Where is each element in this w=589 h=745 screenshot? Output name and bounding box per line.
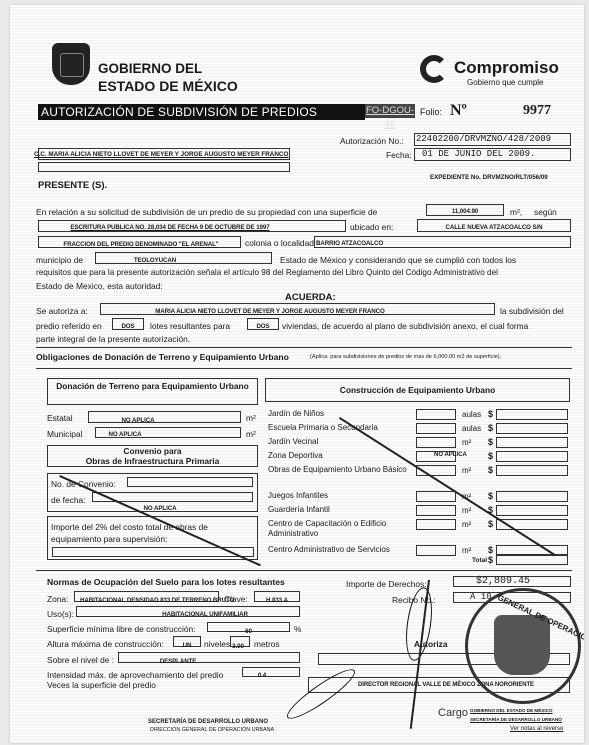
construccion-unit: m² [462,546,471,555]
construccion-unit: m² [462,506,471,515]
convenio-title-2: Obras de Infraestructura Primaria [50,456,255,466]
presente-label: PRESENTE (S). [38,180,107,191]
brand-name: Compromiso [454,58,559,78]
construccion-unit: m² [462,520,471,529]
addressee-field-2 [38,162,290,172]
currency-symbol: $ [488,519,493,529]
percent-label: % [294,624,301,634]
form-code: FO-DGOU-48 [365,104,415,118]
construccion-quantity-field [416,409,456,420]
se-autoriza-label: Se autoriza a: [36,306,88,316]
superficie-libre-label: Superficie mínima libre de construcción: [47,624,196,634]
colonia-value: BARRIO ATZACOALCO [316,240,383,247]
document-title: AUTORIZACIÓN DE SUBDIVISIÓN DE PREDIOS [38,104,365,120]
body-text-3: requisitos que para la presente autoriza… [36,268,498,277]
lotes-value: DOS [112,323,144,330]
construccion-quantity-field [416,505,456,516]
total-field [496,554,568,565]
currency-symbol: $ [488,451,493,461]
viviendas-value: DOS [247,323,279,330]
escritura-value: ESCRITURA PUBLICA No. 28,034 DE FECHA 9 … [40,224,300,231]
construccion-quantity-field [416,423,456,434]
autorizacion-value: 22402200/DRVMZNO/428/2009 [416,134,551,144]
lotes-label: lotes resultantes para [150,321,230,331]
construccion-amount-field [496,465,568,476]
intensidad-value: 0.4 [242,672,282,679]
de-fecha-label: de fecha: [51,495,85,505]
currency-symbol: $ [488,409,493,419]
no-convenio-field [127,477,253,487]
metros-value: 3.00 [226,643,250,650]
obligaciones-note: (Aplica: para subdivisiones de predios d… [310,354,501,360]
body-text-4: Estado de Mexico, esta autoridad: [36,281,163,291]
divider [36,347,572,348]
usos-value: HABITACIONAL UNIFAMILIAR [130,611,280,618]
subdivision-text: la subdivisión del [500,306,564,316]
construccion-amount-field [496,437,568,448]
currency-symbol: $ [488,545,493,555]
construccion-row-label: Juegos Infantiles [268,491,408,501]
estatal-label: Estatal [47,413,73,423]
ver-notas-link[interactable]: Ver notas al reverso [510,726,563,732]
altura-label: Altura máxima de construcción: [47,639,164,649]
fecha-value: 01 DE JUNIO DEL 2009. [422,149,535,159]
normas-title: Normas de Ocupación del Suelo para los l… [47,577,285,587]
construccion-row-label: Zona Deportiva [268,451,408,461]
folio-label: Folio: [420,107,442,117]
footer-secretaria: SECRETARÍA DE DESARROLLO URBANO [148,719,268,725]
construccion-row-label: Jardín Vecinal [268,437,408,447]
folio-symbol: Nº [450,102,467,120]
municipio-value: TEOLOYUCAN [95,257,215,264]
intensidad-label-2: Veces la superficie del predio [47,680,156,690]
municipal-label: Municipal [47,429,82,439]
divider [36,570,572,571]
construccion-amount-field [496,423,568,434]
currency-symbol: $ [488,437,493,447]
construccion-quantity-field [416,437,456,448]
viviendas-text: viviendas, de acuerdo al plano de subdiv… [282,321,528,331]
currency-symbol: $ [488,423,493,433]
construccion-unit: m² [462,438,471,447]
fraccion-value: FRACCION DEL PREDIO DENOMINADO "EL ARENA… [46,241,236,248]
estatal-unit: m² [246,413,256,423]
predio-label: predio referido en [36,321,102,331]
municipio-label: municipio de [36,255,83,265]
segun-label: según [534,207,557,217]
superficie-value: 11,004.90 [426,208,504,215]
municipal-value: NO APLICA [95,431,155,438]
folio-number: 9977 [523,103,551,119]
construccion-quantity-field [416,491,456,502]
brand-tagline: Gobierno que cumple [467,78,544,87]
construccion-amount-field [496,451,568,462]
ubicado-label: ubicado en: [350,222,393,232]
construccion-unit: aulas [462,410,481,419]
construccion-unit: m² [462,466,471,475]
sobre-value: DESPLANTE [118,658,238,665]
government-line-2: ESTADO DE MÉXICO [98,78,238,94]
construccion-unit: NO APLICA [434,452,467,458]
niveles-value: UN [173,642,201,649]
parte-text: parte integral de la presente autorizaci… [36,334,190,344]
construccion-quantity-field [416,545,456,556]
importe-2-label-2: equipamiento para supervisión: [51,534,167,544]
autorizacion-label: Autorización No.: [340,136,404,146]
government-line-1: GOBIERNO DEL [98,61,202,76]
ubicado-value: CALLE NUEVA ATZACOALCO S/N [419,224,569,231]
importe-derechos-value: $2,809.45 [476,576,530,587]
superficie-libre-value: 60 [207,628,290,635]
zona-label: Zona: [47,594,68,604]
construccion-amount-field [496,409,568,420]
currency-symbol: $ [488,465,493,475]
m2-label: m², [510,207,522,217]
fecha-label: Fecha: [386,150,412,160]
construccion-row-label: Escuela Primaria o Secundaria [268,423,408,433]
body-text-1: En relación a su solicitud de subdivisió… [36,207,377,217]
clave-label: Clave: [224,594,248,604]
cargo-label: Cargo [438,707,468,719]
construccion-unit: aulas [462,424,481,433]
currency-symbol: $ [488,491,493,501]
metros-label: metros [254,639,280,649]
estatal-value: NO APLICA [88,417,188,424]
divider [36,368,572,369]
colonia-label: colonia o localidad [245,238,314,248]
construccion-row-label: Centro de Capacitación o Edificio Admini… [268,519,408,539]
construccion-row-label: Jardín de Niños [268,409,408,419]
convenio-title-1: Convenio para [50,446,255,456]
construccion-amount-field [496,491,568,502]
importe-derechos-label: Importe de Derechos: [346,579,427,589]
construccion-row-label: Guardería Infantil [268,505,408,515]
construccion-row-label: Obras de Equipamiento Urbano Básico [268,465,408,475]
cargo-line-2: SECRETARÍA DE DESARROLLO URBANO [470,717,562,722]
construccion-row-label: Centro Administrativo de Servicios [268,545,408,555]
construccion-quantity-field [416,519,456,530]
expediente: EXPEDIENTE No. DRVMZNO/RLT/056/09 [430,174,548,181]
zona-value: HABITACIONAL DENSIDAD 833 DE TERRENO BRU… [80,597,234,604]
intensidad-label-1: Intensidad máx. de aprovechamiento del p… [47,670,223,680]
sobre-label: Sobre el nivel de : [47,655,114,665]
usos-label: Uso(s): [47,609,74,619]
construccion-title: Construcción de Equipamiento Urbano [265,385,570,395]
total-currency: $ [488,555,493,565]
compromiso-logo-icon [420,55,448,83]
se-autoriza-value: MARIA ALICIA NIETO LLOVET DE MEYER Y JOR… [110,308,430,315]
obligaciones-title: Obligaciones de Donación de Terreno y Eq… [36,352,289,362]
total-label: Total [472,557,487,564]
state-coat-of-arms-icon [52,43,90,85]
addressee-name: C.C. MARIA ALICIA NIETO LLOVET DE MEYER … [34,151,288,158]
construccion-amount-field [496,505,568,516]
footer-direccion: DIRECCIÓN GENERAL DE OPERACIÓN URBANA [150,727,274,733]
cargo-line-1: GOBIERNO DEL ESTADO DE MÉXICO [470,708,553,713]
municipal-unit: m² [246,429,256,439]
clave-value: H.833.A [254,597,300,604]
donacion-title: Donación de Terreno para Equipamiento Ur… [50,381,255,392]
document-page: GOBIERNO DEL ESTADO DE MÉXICO Compromiso… [10,5,584,743]
body-text-2: Estado de México y considerando que se c… [280,255,516,265]
acuerda-heading: ACUERDA: [285,292,336,303]
